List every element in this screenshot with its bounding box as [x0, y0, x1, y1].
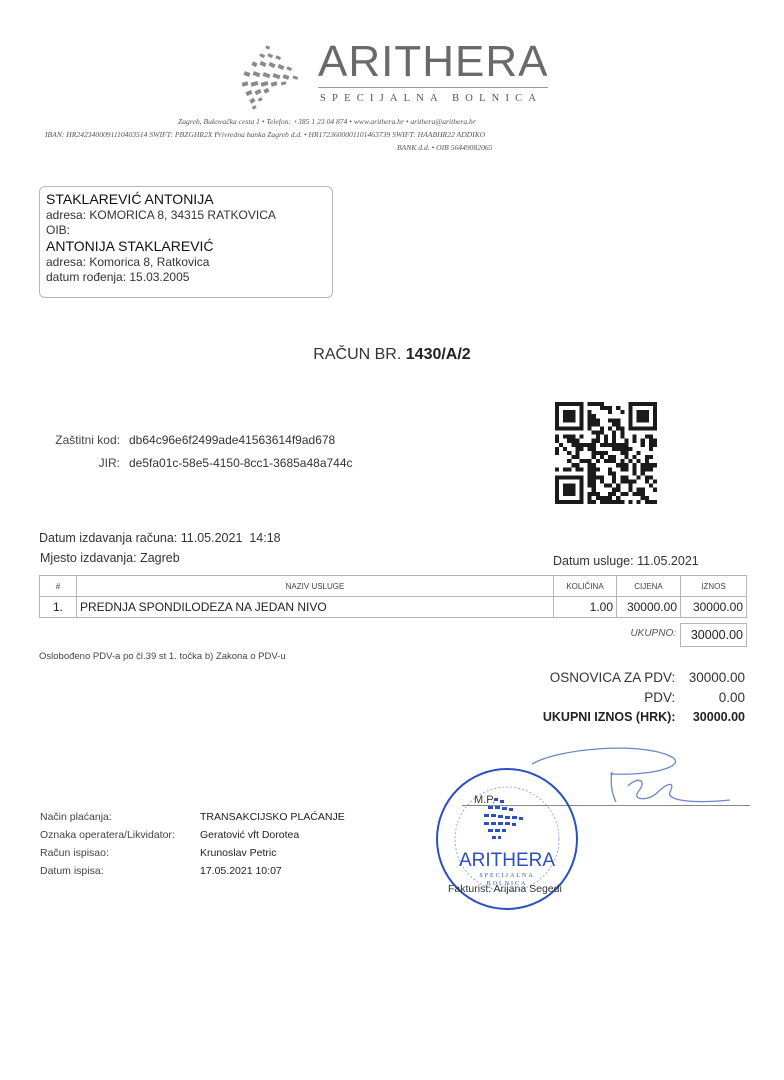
operator-label: Oznaka operatera/Likvidator:	[40, 829, 175, 841]
summary-base-row: OSNOVICA ZA PDV: 30000.00	[550, 670, 745, 685]
summary-vat-row: PDV: 0.00	[644, 690, 745, 705]
header-qty: KOLIČINA	[554, 576, 617, 597]
brand-name: ARITHERA	[318, 38, 548, 86]
payment-method-label: Način plaćanja:	[40, 811, 112, 823]
patient-birth-date: datum rođenja: 15.03.2005	[46, 270, 326, 285]
invoice-number: 1430/A/2	[406, 346, 471, 363]
contact-line-1: Zagreb, Bukovačka cesta 1 • Telefon: +38…	[178, 117, 476, 126]
brand-subtitle: SPECIJALNA BOLNICA	[320, 93, 542, 104]
table-header-row: # NAZIV USLUGE KOLIČINA CIJENA IZNOS	[40, 576, 747, 597]
contact-line-3: BANK d.d. • OIB 56449082065	[397, 143, 492, 152]
recipient-box: STAKLAREVIĆ ANTONIJA adresa: KOMORICA 8,…	[39, 186, 333, 298]
header-num: #	[40, 576, 77, 597]
svg-text:ARITHERA: ARITHERA	[459, 850, 555, 871]
summary-base-label: OSNOVICA ZA PDV:	[550, 670, 676, 685]
row-qty: 1.00	[554, 597, 617, 618]
items-table: # NAZIV USLUGE KOLIČINA CIJENA IZNOS 1. …	[39, 575, 747, 618]
issue-date-label: Datum izdavanja računa:	[39, 531, 177, 545]
patient-name: ANTONIJA STAKLAREVIĆ	[46, 238, 326, 255]
table-total: 30000.00	[680, 623, 747, 647]
issue-date: 11.05.2021 14:18	[181, 531, 281, 545]
recipient-address: adresa: KOMORICA 8, 34315 RATKOVICA	[46, 208, 326, 223]
summary-vat-label: PDV:	[644, 690, 675, 705]
recipient-name: STAKLAREVIĆ ANTONIJA	[46, 191, 326, 208]
protection-code-label: Zaštitni kod:	[40, 433, 120, 447]
printed-by-label: Račun ispisao:	[40, 847, 109, 859]
summary-vat: 0.00	[679, 690, 745, 705]
summary-total-label: UKUPNI IZNOS (HRK):	[543, 710, 676, 724]
print-date-label: Datum ispisa:	[40, 865, 104, 877]
summary-base: 30000.00	[679, 670, 745, 685]
issue-place: Zagreb	[140, 551, 180, 565]
operator: Geratović vft Dorotea	[200, 829, 299, 841]
printed-by: Krunoslav Petric	[200, 847, 276, 859]
patient-address: adresa: Komorica 8, Ratkovica	[46, 255, 326, 270]
hospital-logo-icon	[238, 42, 306, 112]
qr-code-icon	[554, 402, 658, 504]
contact-line-2: IBAN: HR2423400091110403514 SWIFT: PBZGH…	[45, 130, 485, 139]
row-price: 30000.00	[617, 597, 681, 618]
issuer-name: Fakturist: Arijana Segedi	[448, 883, 562, 895]
header-price: CIJENA	[617, 576, 681, 597]
summary-total-row: UKUPNI IZNOS (HRK): 30000.00	[543, 710, 745, 724]
table-row: 1. PREDNJA SPONDILODEZA NA JEDAN NIVO 1.…	[40, 597, 747, 618]
header-amount: IZNOS	[681, 576, 747, 597]
brand-divider	[318, 87, 548, 88]
jir-code: de5fa01c-58e5-4150-8cc1-3685a48a744c	[129, 456, 353, 470]
service-date-label: Datum usluge:	[553, 554, 634, 568]
row-amount: 30000.00	[681, 597, 747, 618]
jir-label: JIR:	[40, 456, 120, 470]
header-name: NAZIV USLUGE	[77, 576, 554, 597]
svg-text:SPECIJALNA: SPECIJALNA	[479, 873, 534, 879]
invoice-title-prefix: RAČUN BR.	[313, 346, 401, 363]
table-total-label: UKUPNO:	[590, 628, 676, 639]
vat-exemption-note: Oslobođeno PDV-a po čl.39 st 1. točka b)…	[39, 651, 286, 662]
stamp-placeholder-label: M.P.	[474, 794, 495, 806]
row-name: PREDNJA SPONDILODEZA NA JEDAN NIVO	[77, 597, 554, 618]
invoice-title: RAČUN BR. 1430/A/2	[0, 346, 784, 364]
service-date-row: Datum usluge: 11.05.2021	[553, 554, 699, 568]
summary-total: 30000.00	[679, 710, 745, 724]
row-num: 1.	[40, 597, 77, 618]
recipient-oib: OIB:	[46, 223, 326, 238]
issue-place-row: Mjesto izdavanja: Zagreb	[40, 551, 180, 565]
issue-date-row: Datum izdavanja računa: 11.05.2021 14:18	[39, 531, 281, 545]
protection-code: db64c96e6f2499ade41563614f9ad678	[129, 433, 335, 447]
service-date: 11.05.2021	[637, 554, 699, 568]
print-date: 17.05.2021 10:07	[200, 865, 282, 877]
payment-method: TRANSAKCIJSKO PLAĆANJE	[200, 811, 345, 823]
issue-place-label: Mjesto izdavanja:	[40, 551, 137, 565]
